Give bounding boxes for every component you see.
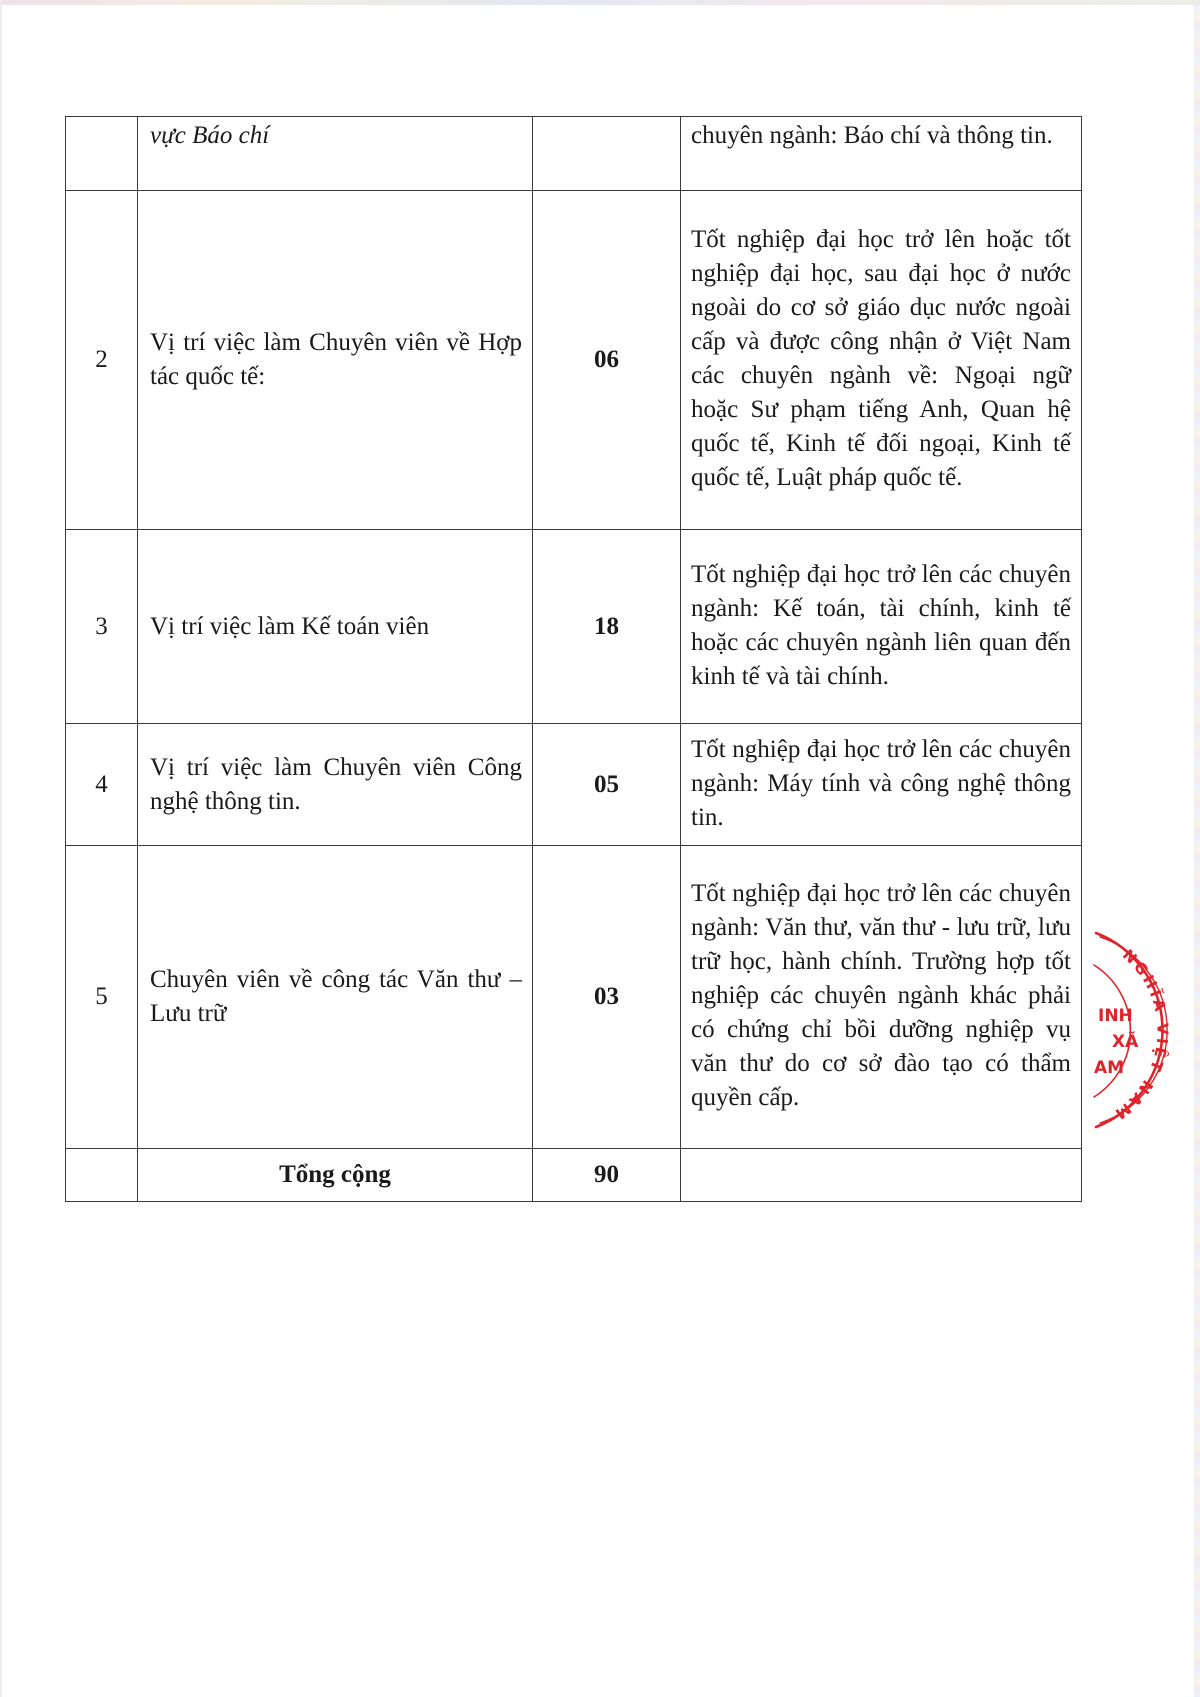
row-number: 2 — [66, 191, 138, 530]
table-row: 4 Vị trí việc làm Chuyên viên Công nghệ … — [66, 724, 1082, 846]
row-number: 3 — [66, 530, 138, 724]
quantity-cell: 05 — [533, 724, 681, 846]
table-row: 2 Vị trí việc làm Chuyên viên về Hợp tác… — [66, 191, 1082, 530]
official-seal-stamp: NGHĨA VIỆT NAM INH XÃ AM — [1086, 925, 1186, 1135]
position-cell: vực Báo chí — [138, 117, 533, 191]
svg-text:NGHĨA VIỆT NAM: NGHĨA VIỆT NAM — [1109, 946, 1172, 1125]
position-cell: Vị trí việc làm Chuyên viên về Hợp tác q… — [138, 191, 533, 530]
scan-edge-left — [0, 0, 2, 1697]
table-row: 3 Vị trí việc làm Kế toán viên 18 Tốt ng… — [66, 530, 1082, 724]
requirement-cell: Tốt nghiệp đại học trở lên hoặc tốt nghi… — [681, 191, 1082, 530]
total-quantity: 90 — [533, 1149, 681, 1202]
requirement-cell: Tốt nghiệp đại học trở lên các chuyên ng… — [681, 846, 1082, 1149]
quantity-cell: 06 — [533, 191, 681, 530]
total-requirement-cell — [681, 1149, 1082, 1202]
total-row: Tổng cộng 90 — [66, 1149, 1082, 1202]
position-cell: Vị trí việc làm Chuyên viên Công nghệ th… — [138, 724, 533, 846]
row-number — [66, 117, 138, 191]
requirement-cell: chuyên ngành: Báo chí và thông tin. — [681, 117, 1082, 191]
position-cell: Vị trí việc làm Kế toán viên — [138, 530, 533, 724]
table-row: 5 Chuyên viên về công tác Văn thư – Lưu … — [66, 846, 1082, 1149]
requirement-cell: Tốt nghiệp đại học trở lên các chuyên ng… — [681, 724, 1082, 846]
recruitment-table: vực Báo chí chuyên ngành: Báo chí và thô… — [65, 116, 1082, 1202]
svg-text:XÃ: XÃ — [1112, 1029, 1139, 1052]
quantity-cell — [533, 117, 681, 191]
total-label: Tổng cộng — [138, 1149, 533, 1202]
row-number: 5 — [66, 846, 138, 1149]
svg-text:INH: INH — [1098, 1006, 1133, 1026]
quantity-cell: 18 — [533, 530, 681, 724]
requirement-cell: Tốt nghiệp đại học trở lên các chuyên ng… — [681, 530, 1082, 724]
total-empty-cell — [66, 1149, 138, 1202]
svg-text:AM: AM — [1094, 1058, 1124, 1078]
row-number: 4 — [66, 724, 138, 846]
scan-edge-right — [1194, 0, 1200, 1697]
position-cell: Chuyên viên về công tác Văn thư – Lưu tr… — [138, 846, 533, 1149]
quantity-cell: 03 — [533, 846, 681, 1149]
table-row: vực Báo chí chuyên ngành: Báo chí và thô… — [66, 117, 1082, 191]
scan-edge-top — [0, 0, 1200, 5]
